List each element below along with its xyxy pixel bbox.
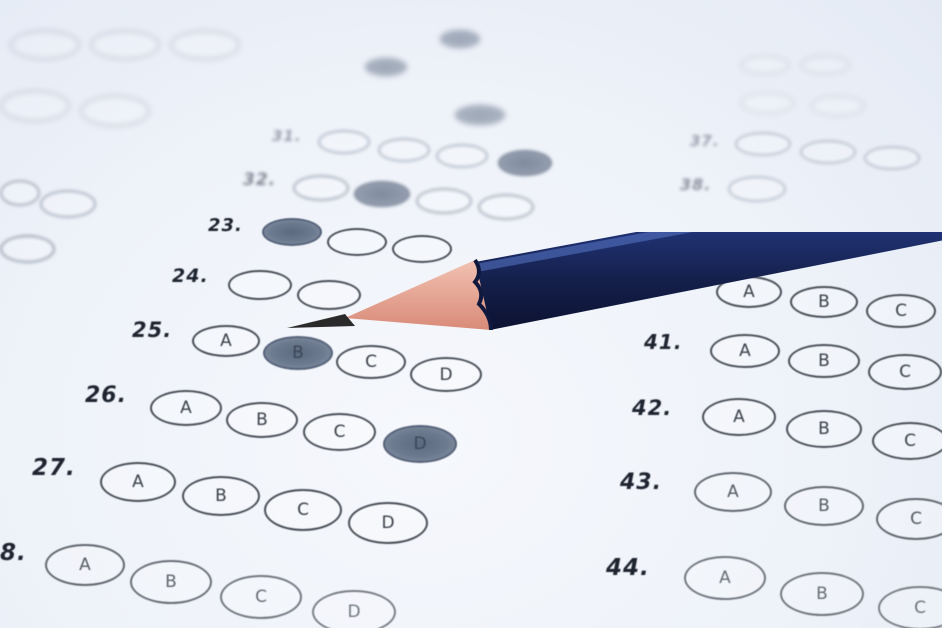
filled-bubble — [365, 58, 407, 76]
bubble-a: A — [45, 544, 125, 586]
bubble — [728, 176, 786, 202]
bubble-b: B — [130, 560, 212, 604]
bubble — [0, 180, 40, 206]
bubble — [740, 92, 795, 114]
bubble — [864, 146, 920, 170]
filled-bubble — [498, 150, 552, 176]
question-number: 43. — [620, 470, 662, 495]
question-number: 42. — [632, 396, 672, 420]
filled-bubble — [440, 30, 480, 48]
bubble-c: C — [878, 586, 942, 628]
bubble — [90, 30, 160, 60]
bubble-b: B — [182, 476, 260, 516]
question-number: 38. — [680, 175, 711, 194]
question-number: 25. — [132, 318, 172, 342]
bubble-a: A — [150, 390, 222, 426]
bubble — [740, 55, 790, 75]
bubble-b: B — [784, 486, 864, 526]
bubble — [318, 130, 370, 154]
pencil — [285, 232, 942, 342]
answer-sheet-photo: 31. 32. 37. 38. 23. 24. 25. A B C — [0, 0, 942, 628]
bubble-a — [228, 270, 292, 300]
question-number: 44. — [606, 555, 650, 581]
bubble — [80, 95, 150, 127]
bubble — [0, 235, 55, 263]
filled-bubble — [354, 181, 410, 207]
bubble — [800, 55, 850, 75]
question-number: 8. — [0, 540, 27, 566]
bubble-c: C — [876, 498, 942, 540]
question-number: 27. — [32, 455, 76, 481]
bubble — [436, 144, 488, 168]
bubble-a: A — [694, 472, 772, 512]
bubble-b: B — [788, 344, 860, 378]
bubble-a: A — [100, 462, 176, 502]
bubble-a: A — [684, 556, 766, 600]
bubble-d: D — [312, 590, 396, 628]
filled-bubble-d: D — [383, 425, 457, 463]
bubble-d: D — [348, 502, 428, 544]
question-number: 23. — [208, 215, 243, 236]
question-number: 24. — [172, 265, 209, 287]
question-number: 37. — [690, 132, 720, 150]
question-number: 31. — [272, 127, 302, 145]
bubble — [810, 95, 865, 117]
bubble — [378, 138, 430, 162]
bubble — [40, 190, 96, 218]
bubble — [10, 30, 80, 60]
bubble-c: C — [220, 575, 302, 619]
bubble — [416, 188, 472, 214]
question-number: 32. — [243, 170, 276, 190]
bubble-b: B — [786, 410, 862, 448]
bubble-c: C — [336, 345, 406, 379]
bubble-c: C — [264, 489, 342, 531]
bubble-a: A — [702, 398, 776, 436]
bubble-c: C — [872, 422, 942, 460]
filled-bubble — [455, 105, 505, 125]
bubble — [800, 140, 856, 164]
bubble-a: A — [192, 325, 260, 357]
bubble — [735, 132, 791, 156]
bubble — [0, 90, 70, 122]
question-number: 26. — [85, 383, 127, 408]
bubble-b: B — [226, 402, 298, 438]
bubble — [478, 194, 534, 220]
bubble-c: C — [868, 354, 942, 390]
bubble — [170, 30, 240, 60]
bubble-d: D — [410, 357, 482, 392]
bubble-b: B — [780, 572, 864, 616]
bubble — [293, 175, 349, 201]
bubble-c: C — [303, 413, 376, 451]
